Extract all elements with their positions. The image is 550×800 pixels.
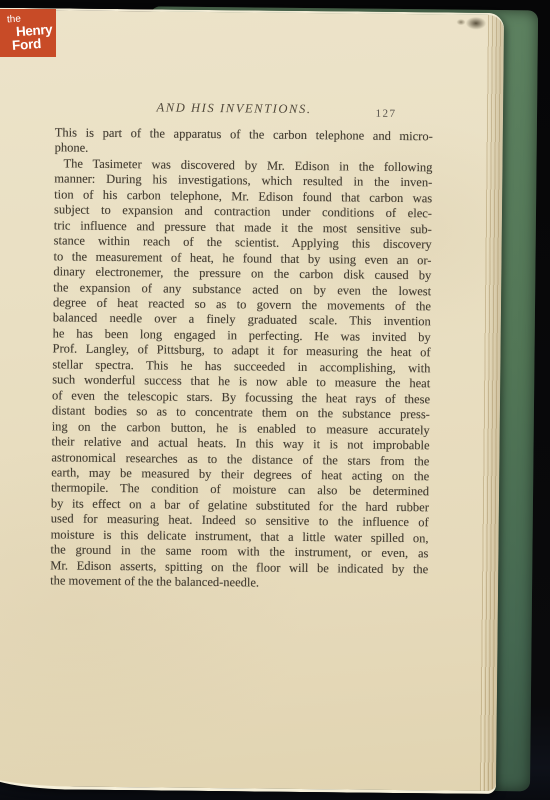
page-number: 127 bbox=[363, 108, 409, 120]
book: AND HIS INVENTIONS. 127 This is part of … bbox=[0, 0, 550, 800]
corner-stain bbox=[464, 16, 488, 31]
text-block: This is part of the apparatus of the car… bbox=[50, 125, 433, 593]
henry-ford-watermark: the Henry Ford bbox=[0, 9, 56, 57]
book-page: AND HIS INVENTIONS. 127 This is part of … bbox=[0, 8, 504, 794]
corner-stain-small bbox=[456, 19, 466, 26]
logo-text-ford: Ford bbox=[12, 37, 42, 53]
photo-background: AND HIS INVENTIONS. 127 This is part of … bbox=[0, 0, 550, 800]
